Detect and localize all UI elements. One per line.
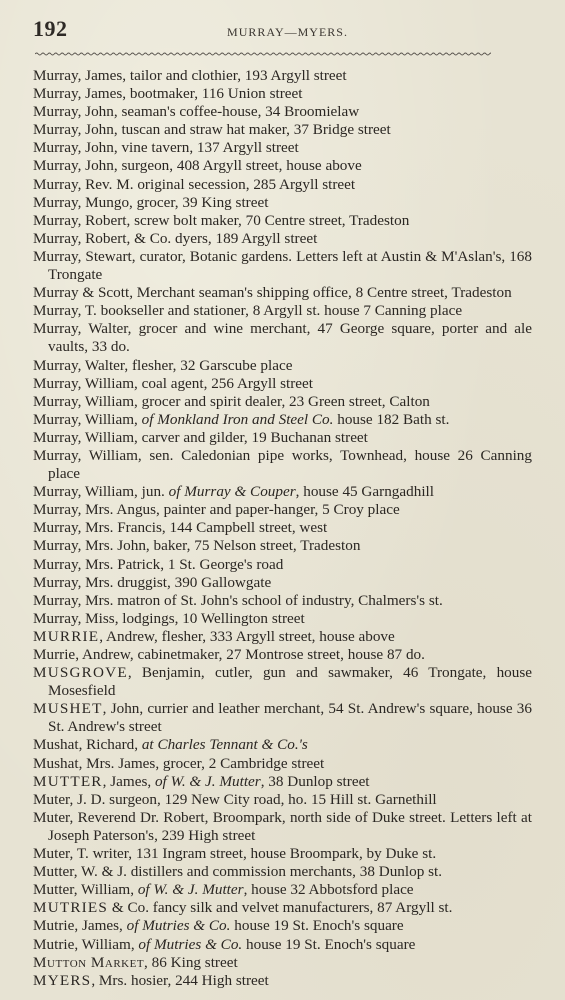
entry-details: , Walter, grocer and wine merchant, 47 G… xyxy=(48,320,532,355)
entry-surname: Murray xyxy=(33,121,78,138)
directory-entry: Murray, John, seaman's coffee-house, 34 … xyxy=(33,103,532,121)
entry-surname: Mutrie xyxy=(33,917,74,934)
directory-entry: Mutton Market, 86 King street xyxy=(33,954,532,972)
entry-surname: Murray xyxy=(33,483,78,500)
entry-details: , John, tuscan and straw hat maker, 37 B… xyxy=(78,121,391,138)
entry-firm-italic: of Mutries & Co. xyxy=(127,917,231,934)
directory-entry: MUSGROVE, Benjamin, cutler, gun and sawm… xyxy=(33,664,532,700)
entry-firm-italic: of Mutries & Co. xyxy=(138,936,242,953)
entry-surname: MUSHET xyxy=(33,700,103,717)
directory-entry: Murray, Robert, & Co. dyers, 189 Argyll … xyxy=(33,230,532,248)
directory-entry: Mutrie, James, of Mutries & Co. house 19… xyxy=(33,917,532,935)
entry-details: , Mrs. Angus, painter and paper-hanger, … xyxy=(78,501,400,518)
directory-entry: Murray, Mrs. druggist, 390 Gallowgate xyxy=(33,574,532,592)
directory-entry: Murray, William, of Monkland Iron and St… xyxy=(33,411,532,429)
entry-surname: Murray xyxy=(33,592,78,609)
entry-details-after: , house 32 Abbotsford place xyxy=(244,881,414,898)
entry-surname: Murray xyxy=(33,610,78,627)
entry-surname: Mutrie xyxy=(33,936,74,953)
entry-details: , Mrs. James, grocer, 2 Cambridge street xyxy=(79,755,325,772)
directory-entry: Muter, J. D. surgeon, 129 New City road,… xyxy=(33,791,532,809)
entry-details: , Andrew, flesher, 333 Argyll street, ho… xyxy=(99,628,394,645)
entry-surname: Murray xyxy=(33,556,78,573)
entry-details: , John, seaman's coffee-house, 34 Broomi… xyxy=(78,103,360,120)
entry-details: , W. & J. distillers and commission merc… xyxy=(74,863,442,880)
directory-entry: Murray, Mrs. John, baker, 75 Nelson stre… xyxy=(33,537,532,555)
directory-entry: Murray, William, grocer and spirit deale… xyxy=(33,393,532,411)
directory-entry: Murray & Scott, Merchant seaman's shippi… xyxy=(33,284,532,302)
entry-surname: Murray xyxy=(33,357,78,374)
entry-surname: MURRIE xyxy=(33,628,99,645)
entry-details: , William, coal agent, 256 Argyll street xyxy=(78,375,313,392)
entry-details: , Mrs. druggist, 390 Gallowgate xyxy=(78,574,272,591)
directory-entry: Murray, John, vine tavern, 137 Argyll st… xyxy=(33,139,532,157)
entry-details: , William, grocer and spirit dealer, 23 … xyxy=(78,393,430,410)
entry-details: , James, xyxy=(103,773,155,790)
directory-entry: Murrie, Andrew, cabinetmaker, 27 Montros… xyxy=(33,646,532,664)
entry-details: , Mrs. John, baker, 75 Nelson street, Tr… xyxy=(78,537,361,554)
entry-details-after: , 38 Dunlop street xyxy=(261,773,370,790)
directory-entry: Murray, T. bookseller and stationer, 8 A… xyxy=(33,302,532,320)
directory-entry: Murray, William, jun. of Murray & Couper… xyxy=(33,483,532,501)
entry-details: , Mrs. matron of St. John's school of in… xyxy=(78,592,443,609)
entry-details: , James, bootmaker, 116 Union street xyxy=(78,85,303,102)
directory-entry: Murray, William, coal agent, 256 Argyll … xyxy=(33,375,532,393)
entry-details: , Rev. M. original secession, 285 Argyll… xyxy=(78,176,356,193)
entry-details: , William, xyxy=(74,936,138,953)
entry-surname: Mutton Market xyxy=(33,954,144,971)
entry-surname: Murray xyxy=(33,375,78,392)
entry-surname: Muter xyxy=(33,809,70,826)
directory-entry: MUSHET, John, currier and leather mercha… xyxy=(33,700,532,736)
entry-details: , John, currier and leather merchant, 54… xyxy=(48,700,532,735)
entry-surname: Murray xyxy=(33,230,78,247)
directory-entry: Muter, Reverend Dr. Robert, Broompark, n… xyxy=(33,809,532,845)
entry-surname: Murray xyxy=(33,574,78,591)
entry-surname: Murray xyxy=(33,501,78,518)
entry-surname: Murray xyxy=(33,393,78,410)
entry-firm-italic: of Murray & Couper xyxy=(169,483,296,500)
entry-surname: Murray xyxy=(33,447,78,464)
entry-details: , Mrs. Patrick, 1 St. George's road xyxy=(78,556,284,573)
directory-entry: Murray, Mrs. matron of St. John's school… xyxy=(33,592,532,610)
entry-surname: Murray xyxy=(33,519,78,536)
entry-details: , Richard, xyxy=(79,736,142,753)
entry-surname: Murray xyxy=(33,248,78,265)
entry-details: , Miss, lodgings, 10 Wellington street xyxy=(78,610,305,627)
entry-surname: Mutter xyxy=(33,881,74,898)
entry-surname: Mushat xyxy=(33,736,79,753)
entry-details: , Merchant seaman's shipping office, 8 C… xyxy=(129,284,511,301)
directory-entries: Murray, James, tailor and clothier, 193 … xyxy=(33,67,532,990)
entry-details: , Mungo, grocer, 39 King street xyxy=(78,194,269,211)
entry-details: , William, xyxy=(74,881,138,898)
entry-details: , Robert, screw bolt maker, 70 Centre st… xyxy=(78,212,410,229)
directory-entry: Murray, James, bootmaker, 116 Union stre… xyxy=(33,85,532,103)
directory-entry: Murray, Robert, screw bolt maker, 70 Cen… xyxy=(33,212,532,230)
directory-entry: Murray, John, surgeon, 408 Argyll street… xyxy=(33,157,532,175)
entry-details: , William, carver and gilder, 19 Buchana… xyxy=(78,429,368,446)
entry-details-after: house 19 St. Enoch's square xyxy=(242,936,415,953)
entry-firm-italic: of W. & J. Mutter xyxy=(155,773,261,790)
directory-entry: Murray, Mrs. Francis, 144 Campbell stree… xyxy=(33,519,532,537)
directory-entry: Murray, Mungo, grocer, 39 King street xyxy=(33,194,532,212)
entry-details: , Mrs. Francis, 144 Campbell street, wes… xyxy=(78,519,328,536)
entry-surname: Murray xyxy=(33,429,78,446)
directory-entry: Murray, Rev. M. original secession, 285 … xyxy=(33,176,532,194)
entry-details: , T. writer, 131 Ingram street, house Br… xyxy=(70,845,437,862)
directory-entry: MYERS, Mrs. hosier, 244 High street xyxy=(33,972,532,990)
entry-details: , Robert, & Co. dyers, 189 Argyll street xyxy=(78,230,318,247)
entry-details: , William, sen. Caledonian pipe works, T… xyxy=(48,447,532,482)
entry-details: , J. D. surgeon, 129 New City road, ho. … xyxy=(70,791,437,808)
directory-entry: Mutter, William, of W. & J. Mutter, hous… xyxy=(33,881,532,899)
entry-details: , Reverend Dr. Robert, Broompark, north … xyxy=(48,809,532,844)
entry-details: , James, xyxy=(74,917,126,934)
entry-surname: Murray xyxy=(33,85,78,102)
entry-surname: Mutter xyxy=(33,863,74,880)
running-head: MURRAY—MYERS. xyxy=(0,25,565,40)
entry-details-after: house 182 Bath st. xyxy=(333,411,449,428)
entry-firm-italic: of W. & J. Mutter xyxy=(138,881,244,898)
entry-surname: Murray xyxy=(33,320,78,337)
entry-surname: MUSGROVE xyxy=(33,664,128,681)
directory-entry: Mushat, Richard, at Charles Tennant & Co… xyxy=(33,736,532,754)
entry-surname: Murray xyxy=(33,103,78,120)
entry-surname: MUTTER xyxy=(33,773,103,790)
directory-entry: Murray, John, tuscan and straw hat maker… xyxy=(33,121,532,139)
directory-entry: Murray, James, tailor and clothier, 193 … xyxy=(33,67,532,85)
entry-surname: Murray xyxy=(33,537,78,554)
entry-surname: Murray xyxy=(33,139,78,156)
entry-details: , John, surgeon, 408 Argyll street, hous… xyxy=(78,157,362,174)
entry-surname: Murray xyxy=(33,157,78,174)
directory-entry: MUTTER, James, of W. & J. Mutter, 38 Dun… xyxy=(33,773,532,791)
entry-surname: Muter xyxy=(33,845,70,862)
entry-surname: MYERS xyxy=(33,972,91,989)
entry-details: , Andrew, cabinetmaker, 27 Montrose stre… xyxy=(75,646,425,663)
entry-details: , John, vine tavern, 137 Argyll street xyxy=(78,139,299,156)
entry-details: , 86 King street xyxy=(144,954,238,971)
directory-entry: MUTRIES & Co. fancy silk and velvet manu… xyxy=(33,899,532,917)
directory-entry: Murray, William, sen. Caledonian pipe wo… xyxy=(33,447,532,483)
entry-surname: Murray xyxy=(33,302,78,319)
entry-surname: MUTRIES xyxy=(33,899,108,916)
entry-details-after: house 19 St. Enoch's square xyxy=(230,917,403,934)
directory-entry: Muter, T. writer, 131 Ingram street, hou… xyxy=(33,845,532,863)
directory-entry: Murray, Walter, grocer and wine merchant… xyxy=(33,320,532,356)
directory-entry: Murray, Stewart, curator, Botanic garden… xyxy=(33,248,532,284)
entry-details: , William, jun. xyxy=(78,483,169,500)
entry-details: , James, tailor and clothier, 193 Argyll… xyxy=(78,67,347,84)
entry-firm-italic: of Monkland Iron and Steel Co. xyxy=(142,411,334,428)
entry-surname: Murray xyxy=(33,212,78,229)
wavy-rule-divider xyxy=(35,51,491,57)
entry-surname: Mushat xyxy=(33,755,79,772)
entry-surname: Murray xyxy=(33,194,78,211)
directory-page: 192 MURRAY—MYERS. Murray, James, tailor … xyxy=(0,0,565,1000)
directory-entry: Murray, Mrs. Patrick, 1 St. George's roa… xyxy=(33,556,532,574)
entry-details: , William, xyxy=(78,411,142,428)
directory-entry: Mutter, W. & J. distillers and commissio… xyxy=(33,863,532,881)
entry-details: , Stewart, curator, Botanic gardens. Let… xyxy=(48,248,532,283)
entry-details-after: , house 45 Garngadhill xyxy=(296,483,434,500)
directory-entry: Murray, William, carver and gilder, 19 B… xyxy=(33,429,532,447)
entry-surname: Muter xyxy=(33,791,70,808)
entry-surname: Murray xyxy=(33,411,78,428)
entry-details: & Co. fancy silk and velvet manufacturer… xyxy=(108,899,452,916)
entry-surname: Murray & Scott xyxy=(33,284,129,301)
entry-firm-italic: at Charles Tennant & Co.'s xyxy=(142,736,308,753)
directory-entry: Murray, Walter, flesher, 32 Garscube pla… xyxy=(33,357,532,375)
directory-entry: MURRIE, Andrew, flesher, 333 Argyll stre… xyxy=(33,628,532,646)
directory-entry: Mutrie, William, of Mutries & Co. house … xyxy=(33,936,532,954)
directory-entry: Mushat, Mrs. James, grocer, 2 Cambridge … xyxy=(33,755,532,773)
directory-entry: Murray, Mrs. Angus, painter and paper-ha… xyxy=(33,501,532,519)
entry-surname: Murray xyxy=(33,67,78,84)
entry-surname: Murrie xyxy=(33,646,75,663)
entry-details: , Mrs. hosier, 244 High street xyxy=(91,972,268,989)
entry-details: , Walter, flesher, 32 Garscube place xyxy=(78,357,293,374)
directory-entry: Murray, Miss, lodgings, 10 Wellington st… xyxy=(33,610,532,628)
entry-surname: Murray xyxy=(33,176,78,193)
entry-details: , T. bookseller and stationer, 8 Argyll … xyxy=(78,302,463,319)
